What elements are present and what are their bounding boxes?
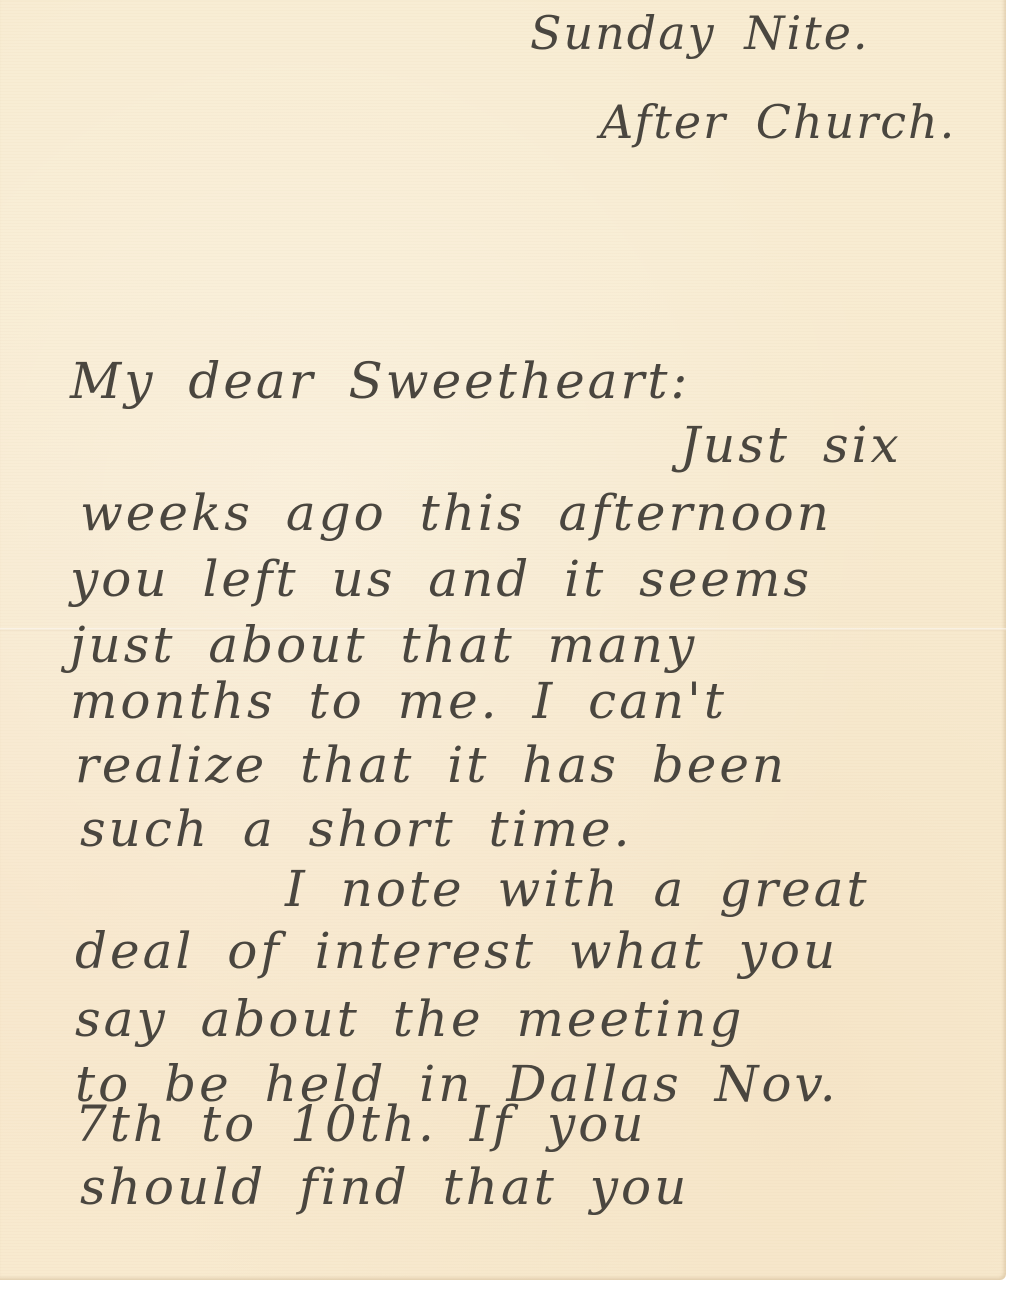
letter-line: I note with a great	[285, 860, 870, 918]
letter-line: should find that you	[80, 1158, 689, 1216]
letter-line: realize that it has been	[75, 736, 787, 794]
letter-line: weeks ago this afternoon	[80, 484, 832, 542]
letter-line: such a short time.	[80, 800, 633, 858]
letter-line: say about the meeting	[75, 990, 744, 1048]
letter-header-day: Sunday Nite.	[530, 6, 870, 60]
letter-line: 7th to 10th. If you	[75, 1095, 647, 1153]
letter-line: Just six	[680, 416, 902, 474]
letter-line: you left us and it seems	[70, 550, 812, 608]
letter-line: deal of interest what you	[75, 922, 838, 980]
letter-line: months to me. I can't	[70, 672, 727, 730]
letter-header-time: After Church.	[600, 95, 956, 149]
letter-page: Sunday Nite. After Church. My dear Sweet…	[0, 0, 1006, 1280]
letter-salutation: My dear Sweetheart:	[70, 352, 690, 410]
letter-line: just about that many	[70, 616, 697, 674]
